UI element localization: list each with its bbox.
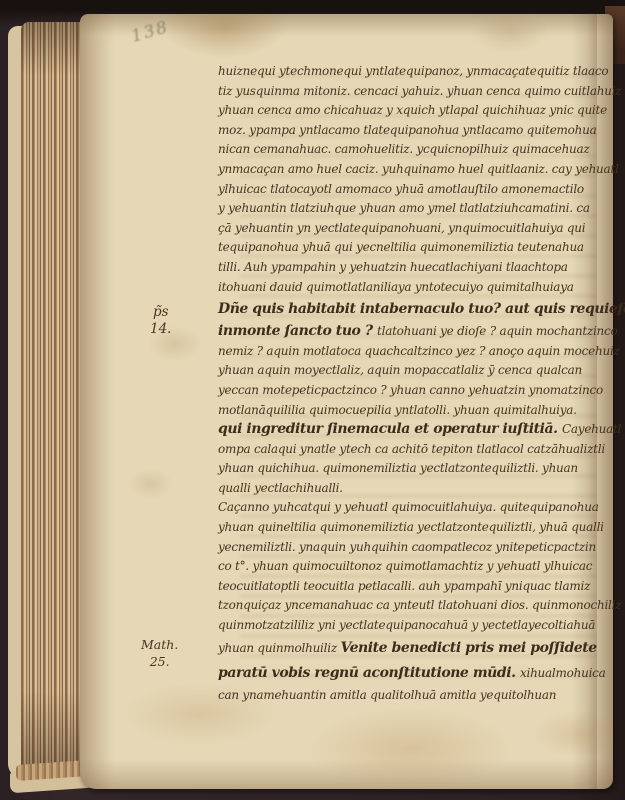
nahuatl-text: quinmotzatzililiz yni yectlatequipanocah… [218, 618, 595, 632]
manuscript-line: tequipanohua yhuā qui yecneltilia quimon… [218, 238, 616, 258]
margin-note-matthew-25: Math. 25. [141, 636, 178, 670]
nahuatl-text: tilli. Auh ypampahin y yehuatzin huecatl… [218, 260, 568, 274]
manuscript-line: y yehuantin tlatziuhque yhuan amo ymel t… [218, 199, 616, 219]
nahuatl-text: nemiz ? aquin motlatoca quachcaltzinco y… [218, 344, 620, 358]
manuscript-line: paratū vobis regnū aconſtitutione mūdi. … [218, 661, 616, 686]
manuscript-line: tilli. Auh ypampahin y yehuatzin huecatl… [218, 258, 616, 278]
manuscript-line: yhuan quichihua. quimonemiliztia yectlat… [218, 459, 616, 479]
nahuatl-text: tlatohuani ye dioſe ? aquin mochantzinco [377, 324, 617, 338]
nahuatl-text: tiz yusquinma mitoniz. cencaci yahuiz. y… [218, 84, 621, 98]
manuscript-line: ynmacaçan amo huel caciz. yuhquinamo hue… [218, 160, 616, 180]
nahuatl-text: qualli yectlachihualli. [218, 481, 343, 495]
manuscript-line: çā yehuantin yn yectlatequipanohuani, yn… [218, 219, 616, 239]
latin-quotation: paratū vobis regnū aconſtitutione mūdi. [218, 665, 520, 681]
manuscript-line: Caçanno yuhcatqui y yehuatl quimocuitlah… [218, 498, 616, 518]
margin-note-psalm-14: p̃s 14. [150, 304, 171, 338]
latin-quotation: inmonte ſancto tuo ? [218, 323, 377, 339]
nahuatl-text: yhuan quichihua. quimonemiliztia yectlat… [218, 461, 578, 475]
manuscript-line: Dñe quis habitabit intabernaculo tuo? au… [218, 297, 616, 322]
manuscript-line: yhuan aquin moyectlaliz, aquin mopaccatl… [218, 361, 616, 381]
nahuatl-text: huiznequi ytechmonequi yntlatequipanoz, … [218, 64, 608, 78]
manuscript-photo: 138 p̃s 14. Math. 25. huiznequi ytechmon… [0, 0, 625, 800]
nahuatl-text: yhuan cenca amo chicahuaz y xquich ytlap… [218, 103, 607, 117]
nahuatl-text: moz. ypampa yntlacamo tlatequipanohua yn… [218, 123, 597, 137]
manuscript-line: qualli yectlachihualli. [218, 479, 616, 499]
manuscript-line: can ynamehuantin amitla qualitolhuā amit… [218, 686, 616, 706]
manuscript-line: ompa calaqui ynatle ytech ca achitō tepi… [218, 440, 616, 460]
manuscript-text: huiznequi ytechmonequi yntlatequipanoz, … [218, 62, 616, 705]
page-stack-fore-edge [21, 22, 83, 782]
nahuatl-text: Cayehuatl [562, 422, 621, 436]
manuscript-line: inmonte ſancto tuo ? tlatohuani ye dioſe… [218, 322, 616, 342]
nahuatl-text: çā yehuantin yn yectlatequipanohuani, yn… [218, 221, 585, 235]
nahuatl-text: ompa calaqui ynatle ytech ca achitō tepi… [218, 442, 605, 456]
manuscript-line: quinmotzatzililiz yni yectlatequipanocah… [218, 616, 616, 636]
manuscript-line: itohuani dauid quimotlatlaniliaya yntote… [218, 278, 616, 298]
latin-quotation: qui ingreditur ſinemacula et operatur iu… [218, 421, 562, 437]
manuscript-line: teocuitlatoptli teocuitla petlacalli. au… [218, 577, 616, 597]
manuscript-line: yeccan motepeticpactzinco ? yhuan canno … [218, 381, 616, 401]
manuscript-line: qui ingreditur ſinemacula et operatur iu… [218, 420, 616, 440]
manuscript-line: tiz yusquinma mitoniz. cencaci yahuiz. y… [218, 82, 616, 102]
manuscript-line: yhuan cenca amo chicahuaz y xquich ytlap… [218, 101, 616, 121]
latin-quotation: Venite benedicti pris mei poſſidete [340, 640, 596, 656]
nahuatl-text: teocuitlatoptli teocuitla petlacalli. au… [218, 579, 590, 593]
margin-note-ref: Math. [141, 636, 178, 653]
manuscript-line: nemiz ? aquin motlatoca quachcaltzinco y… [218, 342, 616, 362]
nahuatl-text: yhuan aquin moyectlaliz, aquin mopaccatl… [218, 363, 582, 377]
nahuatl-text: co t°. yhuan quimocuiltonoz quimotlamach… [218, 559, 592, 573]
nahuatl-text: xihualmohuica [520, 666, 606, 680]
manuscript-line: huiznequi ytechmonequi yntlatequipanoz, … [218, 62, 616, 82]
nahuatl-text: nican cemanahuac. camohuelitiz. ycquicno… [218, 142, 590, 156]
margin-note-ref: p̃s [150, 304, 171, 321]
nahuatl-text: tequipanohua yhuā qui yecneltilia quimon… [218, 240, 584, 254]
nahuatl-text: yecnemiliztli. ynaquin yuhquihin caompat… [218, 540, 596, 554]
margin-note-number: 25. [141, 653, 178, 670]
nahuatl-text: ylhuicac tlatocayotl amomaco yhuā amotla… [218, 182, 584, 196]
nahuatl-text: itohuani dauid quimotlatlaniliaya yntote… [218, 280, 574, 294]
manuscript-line: moz. ypampa yntlacamo tlatequipanohua yn… [218, 121, 616, 141]
nahuatl-text: can ynamehuantin amitla qualitolhuā amit… [218, 688, 556, 702]
nahuatl-text: ynmacaçan amo huel caciz. yuhquinamo hue… [218, 162, 619, 176]
manuscript-line: ylhuicac tlatocayotl amomaco yhuā amotla… [218, 180, 616, 200]
nahuatl-text: yhuan quineltilia quimonemiliztia yectla… [218, 520, 604, 534]
nahuatl-text: yhuan quinmolhuiliz [218, 641, 340, 655]
nahuatl-text: tzonquiçaz yncemanahuac ca ynteutl tlato… [218, 598, 621, 612]
latin-quotation: Dñe quis habitabit intabernaculo tuo? au… [218, 301, 625, 317]
nahuatl-text: y yehuantin tlatziuhque yhuan amo ymel t… [218, 201, 590, 215]
manuscript-line: yecnemiliztli. ynaquin yuhquihin caompat… [218, 538, 616, 558]
nahuatl-text: yeccan motepeticpactzinco ? yhuan canno … [218, 383, 603, 397]
nahuatl-text: Caçanno yuhcatqui y yehuatl quimocuitlah… [218, 500, 599, 514]
manuscript-line: tzonquiçaz yncemanahuac ca ynteutl tlato… [218, 596, 616, 616]
manuscript-line: yhuan quineltilia quimonemiliztia yectla… [218, 518, 616, 538]
manuscript-line: nican cemanahuac. camohuelitiz. ycquicno… [218, 140, 616, 160]
manuscript-line: motlanāquililia quimocuepilia yntlatolli… [218, 401, 616, 421]
manuscript-line: yhuan quinmolhuiliz Venite benedicti pri… [218, 636, 616, 661]
manuscript-line: co t°. yhuan quimocuiltonoz quimotlamach… [218, 557, 616, 577]
margin-note-number: 14. [150, 321, 171, 338]
nahuatl-text: motlanāquililia quimocuepilia yntlatolli… [218, 403, 577, 417]
